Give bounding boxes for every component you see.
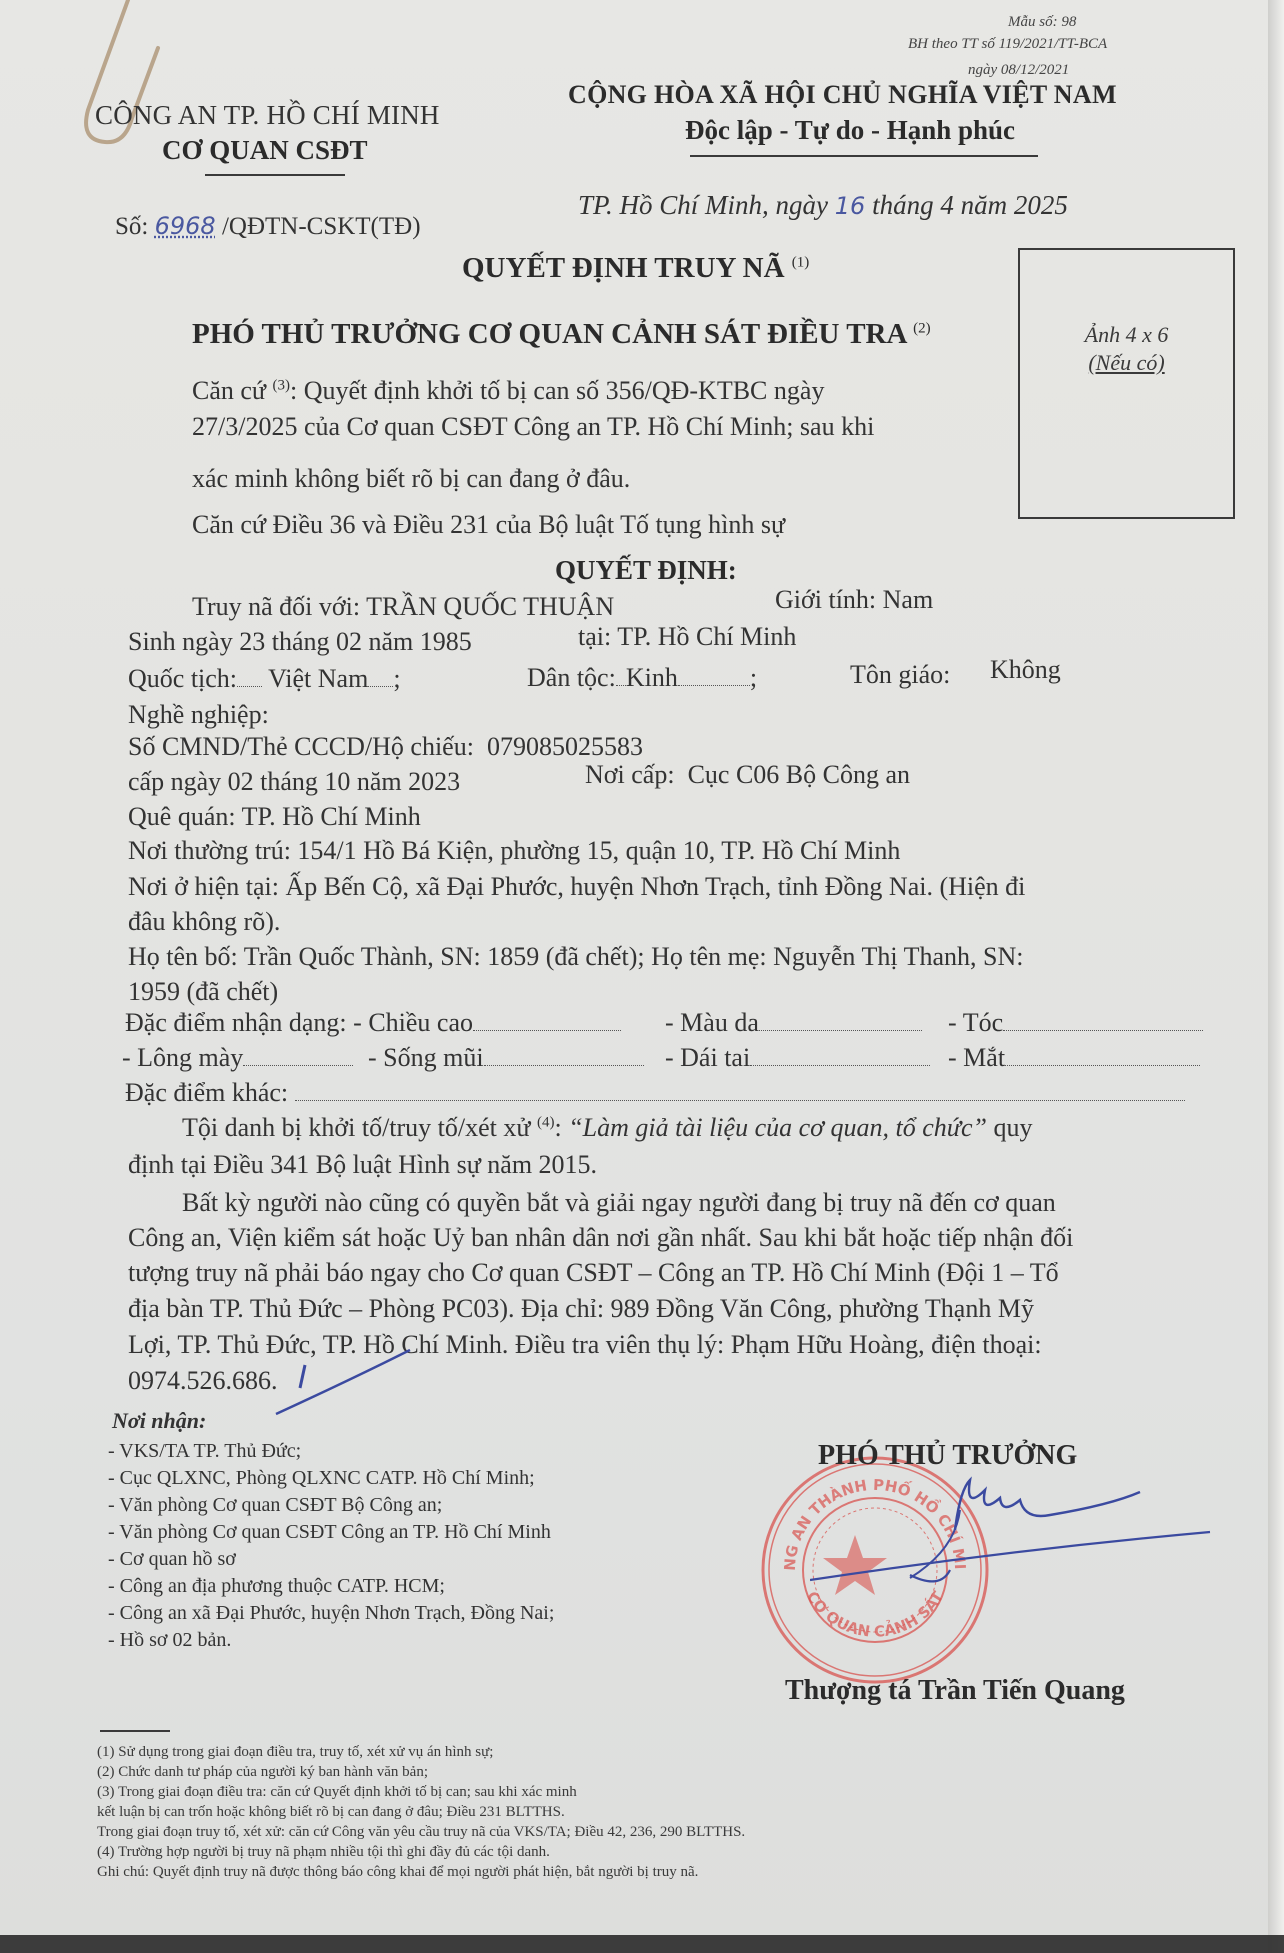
wanted-name-line: Truy nã đối với: TRẦN QUỐC THUẬN [192, 592, 614, 622]
occupation-line: Nghề nghiệp: [128, 700, 269, 730]
ethnicity-line: Dân tộc:Kinh; [527, 663, 757, 693]
eyebrows-field: - Lông mày [122, 1043, 353, 1073]
photo-placeholder: Ảnh 4 x 6 (Nếu có) [1018, 248, 1235, 519]
recipient-item: - VKS/TA TP. Thủ Đức; [108, 1438, 554, 1465]
basis-line-3: xác minh không biết rõ bị can đang ở đâu… [192, 464, 630, 494]
handwritten-signature-icon [810, 1470, 1230, 1590]
issuer-title: PHÓ THỦ TRƯỞNG CƠ QUAN CẢNH SÁT ĐIỀU TRA… [192, 318, 931, 351]
motto-rule [690, 155, 1038, 157]
hometown-line: Quê quán: TP. Hồ Chí Minh [128, 802, 421, 832]
form-issued-date: ngày 08/12/2021 [968, 60, 1069, 81]
religion-label: Tôn giáo: [850, 660, 950, 690]
footnote-rule [100, 1730, 170, 1732]
id-issued-line: cấp ngày 02 tháng 10 năm 2023 [128, 767, 460, 797]
hair-field: - Tóc [948, 1008, 1203, 1038]
photo-optional-label: (Nếu có) [1020, 350, 1233, 376]
charge-line-2: định tại Điều 341 Bộ luật Hình sự năm 20… [128, 1150, 597, 1180]
instructions-line-3: tượng truy nã phải báo ngay cho Cơ quan … [128, 1258, 1059, 1288]
recipient-item: - Hồ sơ 02 bản. [108, 1627, 554, 1654]
form-issued-by: BH theo TT số 119/2021/TT-BCA [908, 34, 1107, 55]
current-address-line-1: Nơi ở hiện tại: Ấp Bến Cộ, xã Đại Phước,… [128, 872, 1025, 902]
instructions-line-2: Công an, Viện kiểm sát hoặc Uỷ ban nhân … [128, 1223, 1073, 1253]
footnote-item: (4) Trường hợp người bị truy nã phạm nhi… [97, 1842, 745, 1862]
department-name: CƠ QUAN CSĐT [162, 135, 368, 166]
gender-line: Giới tính: Nam [775, 585, 933, 615]
signer-name: Thượng tá Trần Tiến Quang [785, 1675, 1125, 1707]
form-number: Mẫu số: 98 [1008, 12, 1076, 33]
permanent-address-line: Nơi thường trú: 154/1 Hồ Bá Kiện, phường… [128, 836, 900, 866]
instructions-line-4: địa bàn TP. Thủ Đức – Phòng PC03). Địa c… [128, 1294, 1034, 1324]
agency-name: CÔNG AN TP. HỒ CHÍ MINH [95, 100, 440, 131]
date-day-handwritten: 16 [835, 192, 866, 220]
parents-line-1: Họ tên bố: Trần Quốc Thành, SN: 1859 (đã… [128, 942, 1023, 972]
footnote-item: kết luận bị can trốn hoặc không biết rõ … [97, 1802, 745, 1822]
basis-line-2: 27/3/2025 của Cơ quan CSĐT Công an TP. H… [192, 412, 874, 442]
earlobe-field: - Dái tai [665, 1043, 930, 1073]
investigator-phone: 0974.526.686. [128, 1366, 278, 1396]
identification-row-1: Đặc điểm nhận dạng: - Chiều cao [125, 1008, 621, 1038]
footnote-item: (2) Chức danh tư pháp của người ký ban h… [97, 1762, 745, 1782]
footnotes: (1) Sử dụng trong giai đoạn điều tra, tr… [97, 1742, 745, 1882]
document-title: QUYẾT ĐỊNH TRUY NÃ (1) [462, 252, 809, 285]
recipients-title: Nơi nhận: [112, 1408, 206, 1434]
nation-name: CỘNG HÒA XÃ HỘI CHỦ NGHĨA VIỆT NAM [568, 80, 1117, 110]
recipient-item: - Văn phòng Cơ quan CSĐT Công an TP. Hồ … [108, 1519, 554, 1546]
number-handwritten: 6968 [155, 212, 216, 240]
parents-line-2: 1959 (đã chết) [128, 977, 278, 1007]
footnote-item: (1) Sử dụng trong giai đoạn điều tra, tr… [97, 1742, 745, 1762]
page-edge [1268, 0, 1284, 1953]
decision-heading: QUYẾT ĐỊNH: [555, 555, 737, 586]
document-number: Số: 6968 /QĐTN-CSKT(TĐ) [115, 212, 421, 241]
bottom-shadow [0, 1935, 1284, 1953]
instructions-line-5: Lợi, TP. Thủ Đức, TP. Hồ Chí Minh. Điều … [128, 1330, 1042, 1360]
signer-title: PHÓ THỦ TRƯỞNG [818, 1440, 1077, 1472]
current-address-line-2: đâu không rõ). [128, 907, 280, 937]
wanted-person-name: TRẦN QUỐC THUẬN [366, 592, 614, 621]
skin-field: - Màu da [665, 1008, 922, 1038]
recipient-item: - Cục QLXNC, Phòng QLXNC CATP. Hồ Chí Mi… [108, 1465, 554, 1492]
nose-field: - Sống mũi [368, 1043, 644, 1073]
charge-line-1: Tội danh bị khởi tố/truy tố/xét xử (4): … [182, 1113, 1032, 1143]
other-features-field: Đặc điểm khác: [125, 1078, 1185, 1108]
national-motto: Độc lập - Tự do - Hạnh phúc [685, 115, 1015, 146]
number-label: Số: [115, 213, 148, 240]
crime-name: “Làm giả tài liệu của cơ quan, tổ chức” [568, 1113, 987, 1142]
nationality-line: Quốc tịch: Việt Nam; [128, 664, 401, 694]
religion-value: Không [990, 655, 1061, 685]
svg-text:CƠ QUAN CẢNH SÁT: CƠ QUAN CẢNH SÁT [803, 1588, 948, 1641]
number-suffix: /QĐTN-CSKT(TĐ) [222, 213, 421, 240]
recipient-item: - Công an xã Đại Phước, huyện Nhơn Trạch… [108, 1600, 554, 1627]
instructions-line-1: Bất kỳ người nào cũng có quyền bắt và gi… [182, 1188, 1056, 1218]
basis-line-4: Căn cứ Điều 36 và Điều 231 của Bộ luật T… [192, 510, 785, 540]
recipient-item: - Văn phòng Cơ quan CSĐT Bộ Công an; [108, 1492, 554, 1519]
header-left-rule [205, 174, 345, 176]
id-number-line: Số CMND/Thẻ CCCD/Hộ chiếu: 079085025583 [128, 732, 643, 762]
eyes-field: - Mắt [948, 1043, 1200, 1073]
birthplace-line: tại: TP. Hồ Chí Minh [578, 622, 796, 652]
photo-size-label: Ảnh 4 x 6 [1020, 322, 1233, 348]
dob-line: Sinh ngày 23 tháng 02 năm 1985 [128, 627, 472, 657]
id-issuer-line: Nơi cấp: Cục C06 Bộ Công an [585, 760, 910, 790]
document-page: Mẫu số: 98 BH theo TT số 119/2021/TT-BCA… [0, 0, 1284, 1953]
pen-mark-icon [270, 1330, 570, 1420]
recipient-item: - Cơ quan hồ sơ [108, 1546, 554, 1573]
basis-line-1: Căn cứ (3): Quyết định khởi tố bị can số… [192, 376, 824, 406]
footnote-item: Trong giai đoạn truy tố, xét xử: căn cứ … [97, 1822, 745, 1842]
recipients-list: - VKS/TA TP. Thủ Đức; - Cục QLXNC, Phòng… [108, 1438, 554, 1654]
recipient-item: - Công an địa phương thuộc CATP. HCM; [108, 1573, 554, 1600]
footnote-item: Ghi chú: Quyết định truy nã được thông b… [97, 1862, 745, 1882]
footnote-item: (3) Trong giai đoạn điều tra: căn cứ Quy… [97, 1782, 745, 1802]
issue-date: TP. Hồ Chí Minh, ngày 16 tháng 4 năm 202… [578, 190, 1068, 221]
